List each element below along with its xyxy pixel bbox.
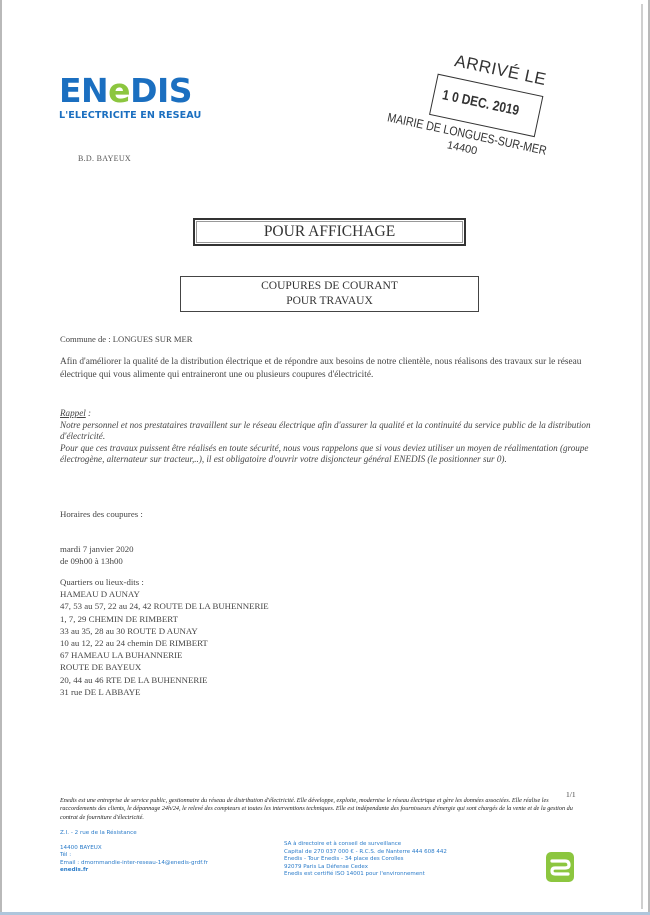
location-item: 67 HAMEAU LA BUHANNERIE xyxy=(60,649,269,661)
footer-contact: Z.I. - 2 rue de la Résistance 14400 BAYE… xyxy=(60,830,208,875)
location-item: 33 au 35, 28 au 30 ROUTE D AUNAY xyxy=(60,625,269,637)
footer-phone: Tél : xyxy=(60,852,208,860)
location-item: 31 rue DE L ABBAYE xyxy=(60,686,269,698)
office-name: B.D. BAYEUX xyxy=(78,154,131,163)
outage-time: de 09h00 à 13h00 xyxy=(60,555,134,567)
received-stamp: ARRIVÉ LE 1 0 DEC. 2019 MAIRIE DE LONGUE… xyxy=(384,41,581,200)
locations-section: Quartiers ou lieux-dits : HAMEAU D AUNAY… xyxy=(60,576,269,698)
subject-line-1: COUPURES DE COURANT xyxy=(181,279,478,294)
footer-website-link[interactable]: enedis.fr xyxy=(60,867,208,875)
location-item: 1, 7, 29 CHEMIN DE RIMBERT xyxy=(60,613,269,625)
outage-datetime: mardi 7 janvier 2020 de 09h00 à 13h00 xyxy=(60,543,134,567)
subject-heading: COUPURES DE COURANT POUR TRAVAUX xyxy=(180,276,479,312)
legal-line: Enedis est certifié ISO 14001 pour l'env… xyxy=(284,871,447,879)
footer-address-line-2: 14400 BAYEUX xyxy=(60,845,208,853)
location-item: 10 au 12, 22 au 24 chemin DE RIMBERT xyxy=(60,637,269,649)
reminder-section: Rappel : Notre personnel et nos prestata… xyxy=(60,408,612,466)
location-item: 47, 53 au 57, 22 au 24, 42 ROUTE DE LA B… xyxy=(60,600,269,612)
locations-heading: Quartiers ou lieux-dits : xyxy=(60,576,269,588)
legal-line: Capital de 270 037 000 € - R.C.S. de Nan… xyxy=(284,849,447,857)
footer-email[interactable]: Email : dmornmandie-inter-reseau-14@ened… xyxy=(60,860,208,868)
schedule-heading: Horaires des coupures : xyxy=(60,508,143,521)
logo-tagline: L'ELECTRICITE EN RESEAU xyxy=(59,110,201,121)
location-item: 20, 44 au 46 RTE DE LA BUHENNERIE xyxy=(60,674,269,686)
company-disclaimer: Enedis est une entreprise de service pub… xyxy=(60,797,580,822)
reminder-paragraph-2: Pour que ces travaux puissent être réali… xyxy=(60,443,612,466)
footer-legal: SA à directoire et à conseil de surveill… xyxy=(284,841,447,879)
legal-line: Enedis - Tour Enedis - 34 place des Coro… xyxy=(284,856,447,864)
intro-paragraph: Afin d'améliorer la qualité de la distri… xyxy=(60,356,612,381)
outage-date: mardi 7 janvier 2020 xyxy=(60,543,134,555)
page-border-left xyxy=(0,0,2,915)
display-notice-heading: POUR AFFICHAGE xyxy=(193,218,466,246)
logo-wordmark: ENeDIS xyxy=(59,76,201,106)
stamp-date: 1 0 DEC. 2019 xyxy=(441,86,521,118)
page-border-right-inner xyxy=(641,4,643,909)
location-item: ROUTE DE BAYEUX xyxy=(60,661,269,673)
enedis-e-logo-icon xyxy=(546,852,574,882)
footer-address-line-1: Z.I. - 2 rue de la Résistance xyxy=(60,830,208,838)
location-item: HAMEAU D AUNAY xyxy=(60,588,269,600)
enedis-logo: ENeDIS L'ELECTRICITE EN RESEAU xyxy=(59,76,201,121)
subject-line-2: POUR TRAVAUX xyxy=(181,294,478,309)
commune-label: Commune de : LONGUES SUR MER xyxy=(60,333,193,346)
legal-line: SA à directoire et à conseil de surveill… xyxy=(284,841,447,849)
reminder-paragraph-1: Notre personnel et nos prestataires trav… xyxy=(60,420,612,443)
reminder-label: Rappel xyxy=(60,408,86,418)
